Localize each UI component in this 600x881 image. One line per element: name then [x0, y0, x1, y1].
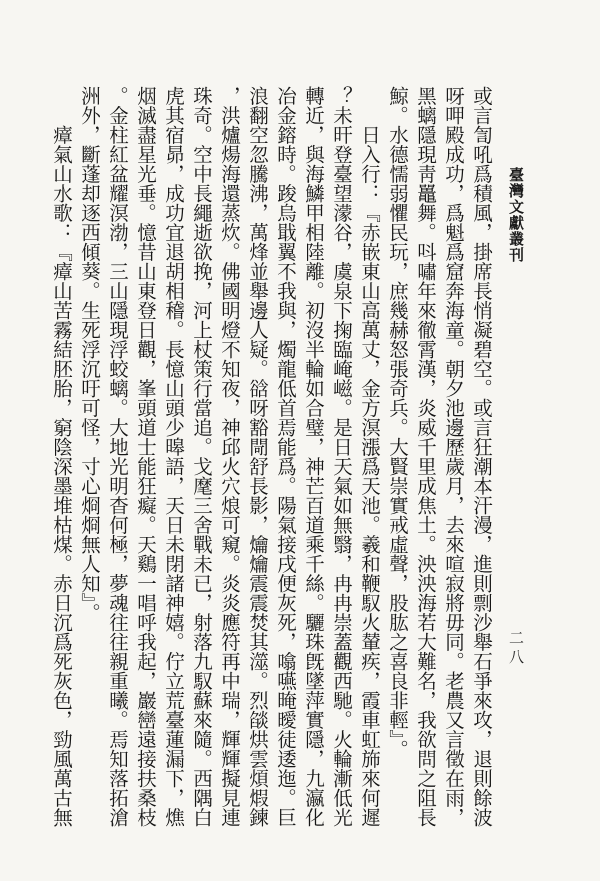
text-column: 冶金鎔時。踆烏戢翼不我與，燭龍低首焉能爲。陽氣接戌便灰死，噏嚥晻曖徒逶迤。巨 — [270, 86, 298, 830]
poem-text-block: 或言訇吼爲積風，掛席長悄凝碧空。或言狂潮本汗漫，進則剽沙舉石爭來攻，退則餘波呀呷… — [46, 86, 494, 830]
text-column: 鯨。水德懦弱懼民玩，庶幾赫怒張奇兵。大賢崇實戒虛聲，股肱之喜良非輕』。 — [382, 86, 410, 830]
text-column: 虎其宿昴，成功宜退胡相稽。長憶山頭少暤語，天日未閉諸神嬉。佇立荒臺蓮漏下，燋 — [158, 86, 186, 830]
text-column: 黑螭隱現靑鼉舞。呌嘯年來徹霄漢，炎威千里成焦土。泱泱海若大難名，我欲問之阻長 — [410, 86, 438, 830]
text-column: 洲外，斷蓬却逐西傾葵。生死浮沉吁可怪，寸心烱烱無人知』。 — [74, 86, 102, 830]
poem-title-column: 日入行：『赤嵌東山高萬丈，金方溟漲爲天池。羲和鞭馭火輦疾，霞車虹斾來何遲 — [354, 86, 382, 830]
text-column: 珠奇。空中長繩逝欲挽，河上杖策行當追。戈麾三舍戰未已，射落九馭蘇來隨。西隅白 — [186, 86, 214, 830]
poem-title-column: 瘴氣山水歌：『瘴山苦霧結胚胎，窮陰深墨堆枯煤。赤日沉爲死灰色，勁風萬古無 — [46, 86, 74, 830]
series-title: 臺灣文獻叢刊 — [506, 167, 524, 263]
text-column: ？未旰登臺望濛谷，虞泉下掬臨崦嵫。是日天氣如無翳，冉冉崇蓋觀西馳。火輪漸低光 — [326, 86, 354, 830]
text-column: 浪翻空忽騰沸，萬烽並舉邊人疑。谽呀豁閜舒長影，爚爚震震焚其澨。烈燄烘雲煩煆鍊 — [242, 86, 270, 830]
book-page: 臺灣文獻叢刊 二八 或言訇吼爲積風，掛席長悄凝碧空。或言狂潮本汗漫，進則剽沙舉石… — [0, 0, 600, 881]
text-column: ，洪爐煬海還蒸炊。佛國明燈不知夜，神邱火穴烺可窺。炎炎應符再中瑞，輝輝擬見連 — [214, 86, 242, 830]
page-number: 二八 — [506, 630, 523, 668]
text-column: 或言訇吼爲積風，掛席長悄凝碧空。或言狂潮本汗漫，進則剽沙舉石爭來攻，退則餘波 — [466, 86, 494, 830]
text-column: 烟滅盡星光垂。憶昔山東登日觀，峯頭道士能狂癡。天鷄一唱呼我起，巖巒遠接扶桑枝 — [130, 86, 158, 830]
text-column: 。金柱紅盆耀溟渤，三山隱現浮蛟螭。大地光明杳何極，夢魂往往親重曦。焉知落拓滄 — [102, 86, 130, 830]
text-column: 呀呷殿成功，爲魁爲窟奔海童。朝夕池邊歷歲月，去來喧寂將毋同。老農又言徵在雨， — [438, 86, 466, 830]
text-column: 轉近，與海鱗甲相陸離。初沒半輪如合璧，神芒百道乘千絲。驪珠旣墜萍實隱，九瀛化 — [298, 86, 326, 830]
